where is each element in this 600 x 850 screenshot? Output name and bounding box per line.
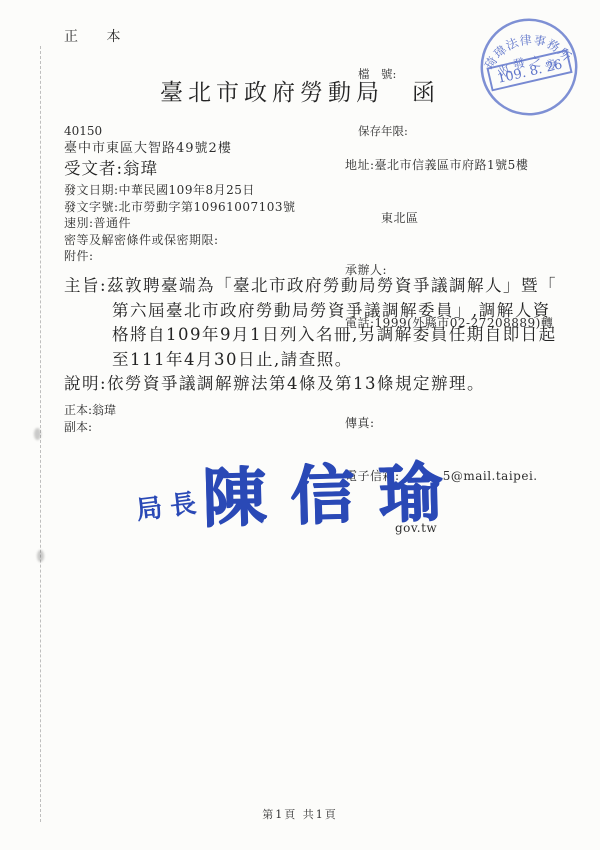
scan-artifact — [34, 428, 41, 440]
recipient-line: 受文者:翁瑋 — [64, 160, 344, 178]
page-number: 第1頁 共1頁 — [0, 806, 600, 822]
scanned-official-letter: 正 本 檔 號: 保存年限: 臺北市政府勞動局 函 琦瑋法律事務所 109. 8… — [0, 0, 600, 850]
signer-name-signature: 陳信瑜 — [201, 441, 467, 540]
agency-fax: 傳真: — [345, 415, 585, 433]
agency-address-line2: 東北區 — [345, 210, 585, 228]
subject-line-3: 格將自109年9月1日列入名冊,另調解委員任期自即日起 — [64, 323, 576, 348]
letter-body: 主旨:茲敦聘臺端為「臺北市政府勞動局勞資爭議調解人」暨「 第六屆臺北市政府勞動局… — [64, 274, 576, 397]
scan-artifact — [37, 550, 44, 562]
received-stamp: 琦瑋法律事務所 109. 8. 26 收發之章 — [471, 9, 587, 125]
subject-line-4: 至111年4月30日止,請查照。 — [64, 348, 576, 373]
original-copy-line: 正本:翁瑋 — [64, 402, 116, 419]
doc-number-line: 發文字號:北市勞動字第10961007103號 — [64, 199, 344, 216]
copies-block: 正本:翁瑋 副本: — [64, 402, 116, 436]
recipient-address: 臺中市東區大智路49號2樓 — [64, 140, 344, 158]
speed-class-line: 速別:普通件 — [64, 215, 344, 232]
duplicate-copy-line: 副本: — [64, 419, 116, 436]
agency-address-line1: 地址:臺北市信義區市府路1號5樓 — [345, 157, 585, 175]
signature-block: 局長 陳信瑜 — [120, 448, 500, 558]
explanation-line: 說明:依勞資爭議調解辦法第4條及第13條規定辦理。 — [64, 372, 576, 397]
subject-line-1: 主旨:茲敦聘臺端為「臺北市政府勞動局勞資爭議調解人」暨「 — [64, 274, 576, 299]
subject-line-2: 第六屆臺北市政府勞動局勞資爭議調解委員」,調解人資 — [64, 299, 576, 324]
recipient-and-meta-block: 40150 臺中市東區大智路49號2樓 受文者:翁瑋 發文日期:中華民國109年… — [64, 122, 344, 265]
stamp-seal-icon: 琦瑋法律事務所 109. 8. 26 收發之章 — [471, 9, 587, 125]
postal-code: 40150 — [64, 122, 344, 140]
confidentiality-line: 密等及解密條件或保密期限: — [64, 232, 344, 249]
issue-date-line: 發文日期:中華民國109年8月25日 — [64, 182, 344, 199]
signer-title: 局長 — [134, 482, 206, 527]
attachment-line: 附件: — [64, 248, 344, 265]
copy-type-marker: 正 本 — [64, 26, 132, 46]
